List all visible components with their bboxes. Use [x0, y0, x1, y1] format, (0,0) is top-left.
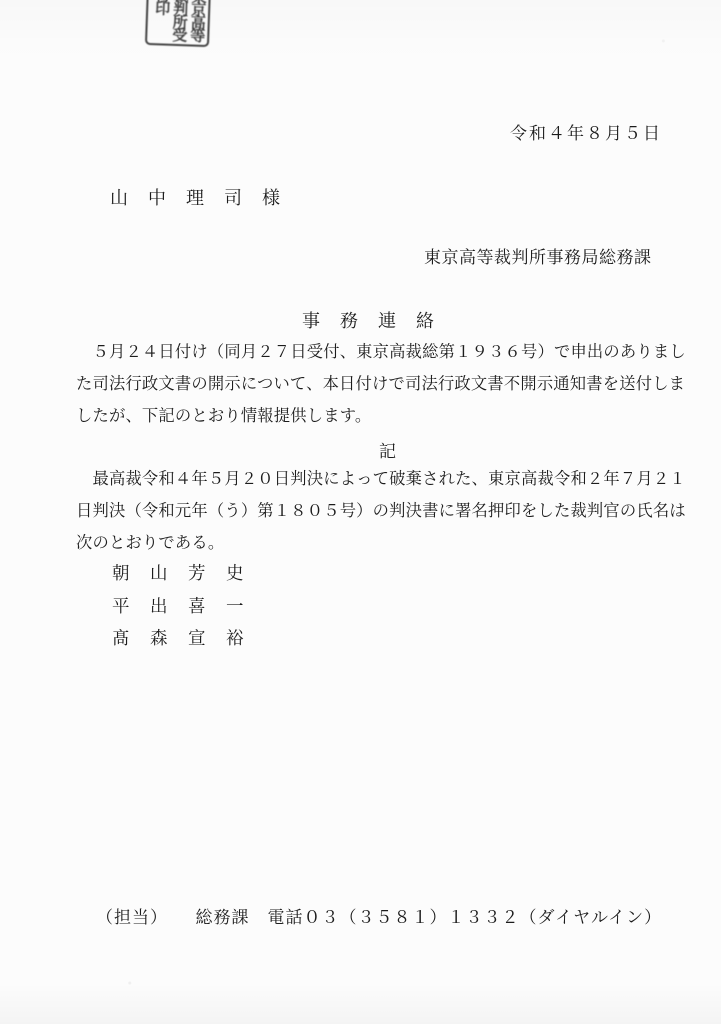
judge-name: 朝 山 芳 史 — [112, 557, 245, 590]
contact-info-line: （担当） 総務課 電話０３（３５８１）１３３２（ダイヤルイン） — [96, 903, 662, 928]
paragraph-line: 最高裁令和４年５月２０日判決によって破棄された、東京高裁令和２年７月２１ — [76, 463, 692, 495]
paragraph-line: したが、下記のとおり情報提供します。 — [76, 400, 692, 432]
paragraph-notice: ５月２４日付け（同月２７日受付、東京高裁総第１９３６号）で申出のありまし た司法… — [76, 336, 692, 432]
ki-section-marker: 記 — [27, 437, 721, 462]
sender-organization: 東京高等裁判所事務局総務課 — [424, 243, 652, 268]
paragraph-information: 最高裁令和４年５月２０日判決によって破棄された、東京高裁令和２年７月２１ 日判決… — [76, 463, 692, 559]
judge-name: 髙 森 宣 裕 — [112, 622, 245, 655]
paragraph-line: 次のとおりである。 — [76, 527, 692, 559]
document-date: 令和４年８月５日 — [510, 119, 662, 144]
scanned-document-page: 東京高等裁判所受付印 令和４年８月５日 山 中 理 司 様 東京高等裁判所事務局… — [0, 0, 721, 1024]
paragraph-line: ５月２４日付け（同月２７日受付、東京高裁総第１９３６号）で申出のありまし — [76, 336, 692, 368]
document-title: 事 務 連 絡 — [8, 307, 721, 333]
court-receipt-stamp-icon: 東京高等裁判所受付印 — [145, 0, 211, 47]
judge-name-list: 朝 山 芳 史 平 出 喜 一 髙 森 宣 裕 — [112, 557, 245, 655]
paragraph-line: た司法行政文書の開示について、本日付けで司法行政文書不開示通知書を送付しま — [76, 368, 692, 400]
addressee-name: 山 中 理 司 様 — [110, 184, 281, 210]
paragraph-line: 日判決（令和元年（う）第１８０５号）の判決書に署名押印をした裁判官の氏名は — [76, 495, 692, 527]
judge-name: 平 出 喜 一 — [112, 590, 245, 623]
stamp-glyphs: 東京高等裁判所受付印 — [149, 0, 207, 43]
